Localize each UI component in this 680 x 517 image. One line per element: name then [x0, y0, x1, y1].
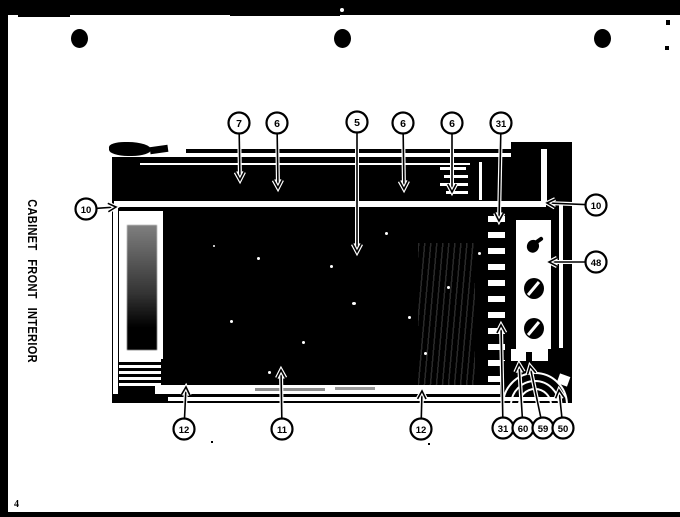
callout-6: 6 [267, 113, 288, 189]
callout-6: 6 [393, 113, 414, 190]
callout-6: 6 [442, 113, 463, 193]
scanned-manual-page: CABINET FRONT INTERIOR 4 [0, 0, 680, 517]
svg-text:12: 12 [179, 425, 190, 436]
svg-text:6: 6 [400, 118, 406, 130]
svg-text:31: 31 [496, 119, 507, 130]
svg-text:10: 10 [591, 201, 602, 212]
callout-10: 10 [547, 195, 607, 216]
svg-text:59: 59 [538, 424, 549, 435]
callout-48: 48 [549, 252, 607, 273]
svg-text:12: 12 [416, 425, 427, 436]
svg-text:11: 11 [277, 425, 288, 436]
svg-text:31: 31 [498, 424, 509, 435]
svg-text:5: 5 [354, 117, 360, 129]
callout-5: 5 [347, 112, 368, 253]
svg-text:6: 6 [449, 118, 455, 130]
callout-12: 12 [174, 387, 195, 440]
svg-text:10: 10 [81, 205, 92, 216]
callout-12: 12 [411, 391, 432, 440]
callout-10: 10 [76, 199, 117, 220]
callout-31: 31 [491, 113, 512, 222]
svg-text:7: 7 [236, 118, 242, 130]
callout-50: 50 [553, 390, 574, 439]
callout-11: 11 [272, 370, 293, 440]
svg-text:50: 50 [558, 424, 569, 435]
callout-31: 31 [493, 325, 514, 439]
callout-7: 7 [229, 113, 250, 181]
svg-text:6: 6 [274, 118, 280, 130]
svg-text:60: 60 [518, 424, 529, 435]
callout-layer: 765663110104812111231605950 [0, 0, 680, 517]
svg-text:48: 48 [591, 258, 602, 269]
